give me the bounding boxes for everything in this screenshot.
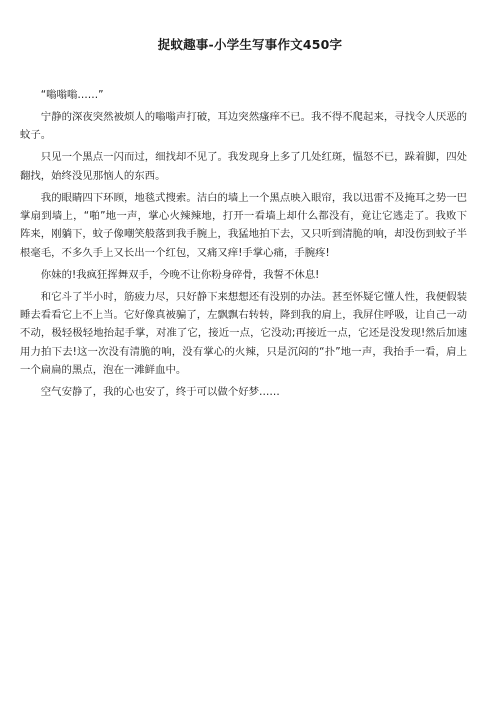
essay-paragraph: “嗡嗡嗡……” [20, 86, 467, 104]
document-page: 捉蚊趣事-小学生写事作文450字 “嗡嗡嗡……”宁静的深夜突然被烦人的嗡嗡声打破… [0, 0, 500, 707]
essay-title: 捉蚊趣事-小学生写事作文450字 [0, 0, 500, 53]
essay-paragraph: 我的眼睛四下环顾，地毯式搜索。洁白的墙上一个黑点映入眼帘，我以迅雷不及掩耳之势一… [20, 189, 467, 263]
essay-paragraph: 只见一个黑点一闪而过，细找却不见了。我发现身上多了几处红斑，愠怒不已，跺着脚，四… [20, 148, 467, 185]
essay-paragraph: 和它斗了半小时，筋疲力尽，只好静下来想想还有没别的办法。甚至怀疑它懂人性，我便假… [20, 288, 467, 380]
essay-paragraph: 空气安静了，我的心也安了，终于可以做个好梦…… [20, 383, 467, 401]
essay-paragraph: 宁静的深夜突然被烦人的嗡嗡声打破，耳边突然瘙痒不已。我不得不爬起来，寻找令人厌恶… [20, 108, 467, 145]
essay-paragraph: 你妹的!我疯狂挥舞双手，今晚不让你粉身碎骨，我誓不休息! [20, 266, 467, 284]
essay-body: “嗡嗡嗡……”宁静的深夜突然被烦人的嗡嗡声打破，耳边突然瘙痒不已。我不得不爬起来… [20, 86, 467, 402]
